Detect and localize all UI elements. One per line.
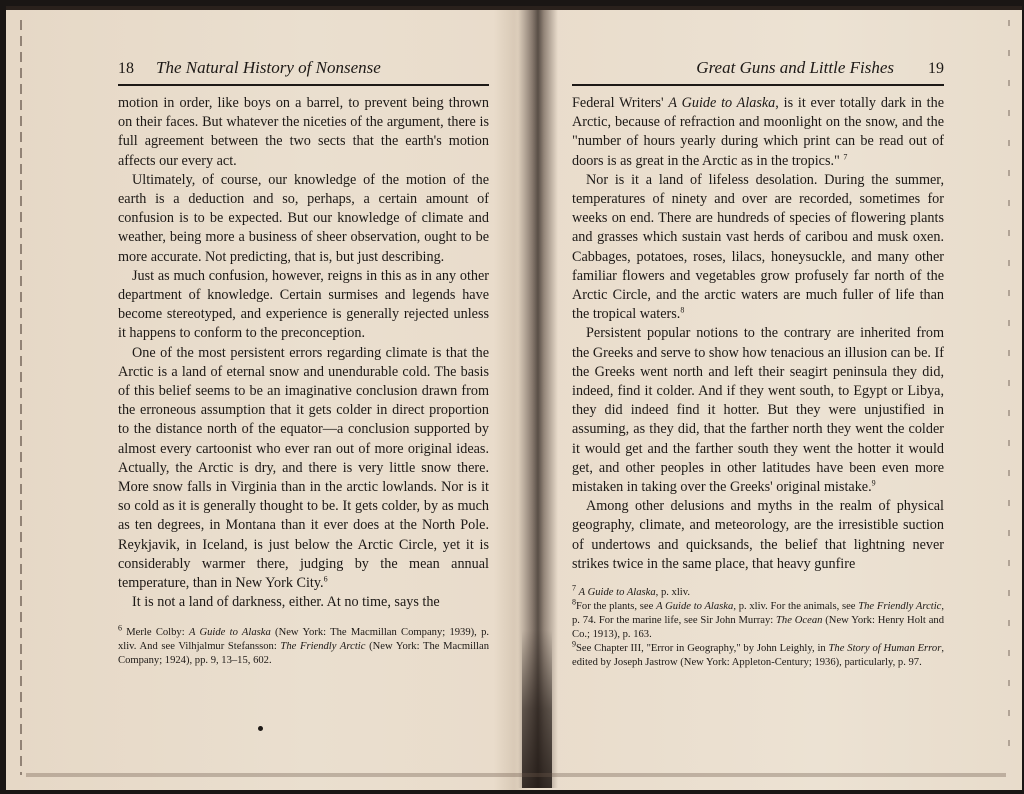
footnote: 8For the plants, see A Guide to Alaska, … xyxy=(572,600,944,642)
running-head: Great Guns and Little Fishes 19 xyxy=(572,58,944,86)
page-number: 19 xyxy=(928,60,944,78)
page-edge-shadow xyxy=(20,20,22,775)
page-number: 18 xyxy=(118,60,134,78)
running-title: Great Guns and Little Fishes xyxy=(572,58,894,78)
footnote-ref: 9 xyxy=(872,478,876,487)
paragraph: Among other delusions and myths in the r… xyxy=(572,497,944,574)
page-edge-shadow xyxy=(1008,20,1010,760)
running-head: 18 The Natural History of Nonsense xyxy=(118,58,489,86)
footnotes: 7 A Guide to Alaska, p. xliv. 8For the p… xyxy=(572,586,944,670)
footnote: 9See Chapter III, "Error in Geography," … xyxy=(572,642,944,670)
paragraph: Nor is it a land of lifeless desolation.… xyxy=(572,171,944,325)
paragraph: One of the most persistent errors regard… xyxy=(118,344,489,594)
body-text: Federal Writers' A Guide to Alaska, is i… xyxy=(572,94,944,574)
right-page: Great Guns and Little Fishes 19 Federal … xyxy=(572,58,944,670)
body-text: motion in order, like boys on a barrel, … xyxy=(118,94,489,612)
paragraph: motion in order, like boys on a barrel, … xyxy=(118,94,489,171)
footnote: 6 Merle Colby: A Guide to Alaska (New Yo… xyxy=(118,626,489,668)
book-spread: 18 The Natural History of Nonsense motio… xyxy=(6,6,1022,790)
paragraph: Just as much confusion, however, reigns … xyxy=(118,267,489,344)
footnotes: 6 Merle Colby: A Guide to Alaska (New Yo… xyxy=(118,626,489,668)
paragraph: Federal Writers' A Guide to Alaska, is i… xyxy=(572,94,944,171)
paragraph: Persistent popular notions to the contra… xyxy=(572,324,944,497)
footnote-ref: 8 xyxy=(680,306,684,315)
left-page: 18 The Natural History of Nonsense motio… xyxy=(118,58,489,668)
book-gutter-shadow xyxy=(522,630,552,788)
footnote-ref: 6 xyxy=(324,574,328,583)
page-bottom-edge xyxy=(26,773,1006,777)
ink-dot xyxy=(258,726,263,731)
paragraph: Ultimately, of course, our knowledge of … xyxy=(118,171,489,267)
footnote: 7 A Guide to Alaska, p. xliv. xyxy=(572,586,944,600)
running-title: The Natural History of Nonsense xyxy=(156,58,489,78)
paragraph: It is not a land of darkness, either. At… xyxy=(118,593,489,612)
footnote-ref: 7 xyxy=(843,152,847,161)
